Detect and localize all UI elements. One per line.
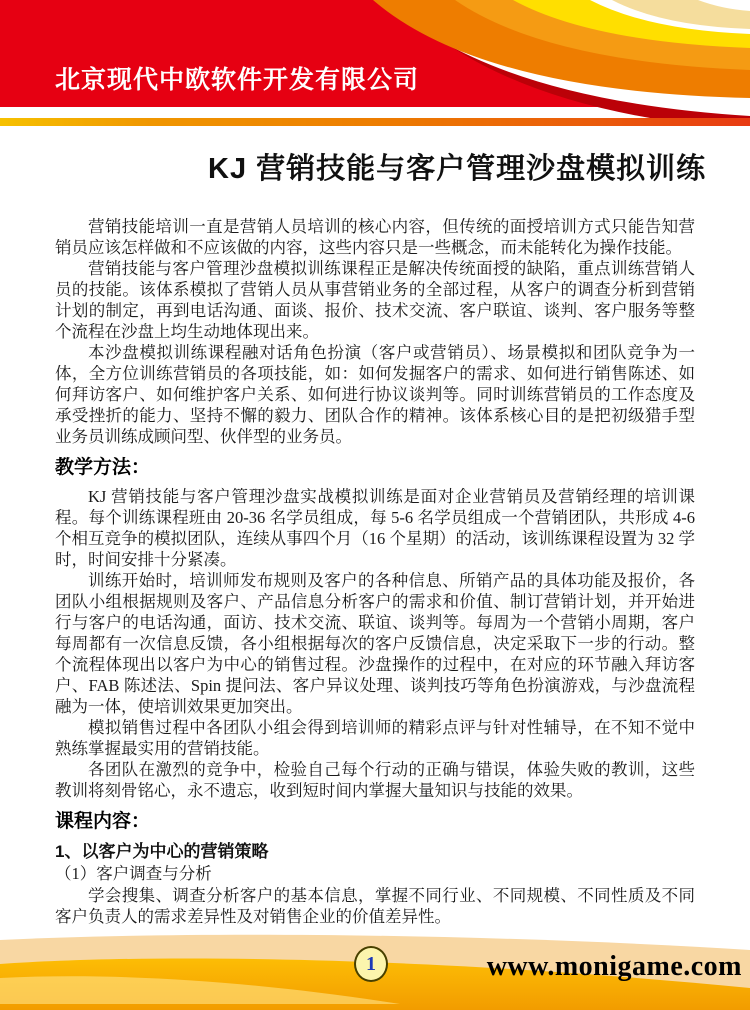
brochure-page: 北京现代中欧软件开发有限公司 KJ 营销技能与客户管理沙盘模拟训练 营销技能培训… (0, 0, 750, 1010)
section-heading-teaching-method: 教学方法： (55, 456, 695, 480)
intro-paragraph-1: 营销技能培训一直是营销人员培训的核心内容，但传统的面授培训方式只能告知营销员应该… (55, 216, 695, 258)
header-accent-bar (0, 118, 750, 126)
intro-paragraph-3: 本沙盘模拟训练课程融对话角色扮演（客户或营销员）、场景模拟和团队竞争为一体，全方… (55, 342, 695, 447)
intro-paragraph-2: 营销技能与客户管理沙盘模拟训练课程正是解决传统面授的缺陷，重点训练营销人员的技能… (55, 258, 695, 342)
course-item-subtitle: （1）客户调查与分析 (55, 863, 695, 885)
website-url: www.monigame.com (487, 951, 742, 983)
course-item-title: 1、以客户为中心的营销策略 (55, 840, 695, 863)
section-heading-course-content: 课程内容： (55, 810, 695, 834)
teaching-method-paragraph-2: 训练开始时，培训师发布规则及客户的各种信息、所销产品的具体功能及报价，各团队小组… (55, 570, 695, 717)
page-number-badge: 1 (354, 946, 388, 982)
page-number: 1 (366, 953, 376, 976)
teaching-method-paragraph-4: 各团队在激烈的竞争中，检验自己每个行动的正确与错误，体验失败的教训，这些教训将刻… (55, 759, 695, 801)
teaching-method-paragraph-3: 模拟销售过程中各团队小组会得到培训师的精彩点评与针对性辅导，在不知不觉中熟练掌握… (55, 717, 695, 759)
teaching-method-paragraph-1: KJ 营销技能与客户管理沙盘实战模拟训练是面对企业营销员及营销经理的培训课程。每… (55, 486, 695, 570)
header-banner: 北京现代中欧软件开发有限公司 (0, 0, 750, 126)
company-name: 北京现代中欧软件开发有限公司 (55, 60, 419, 96)
page-title: KJ 营销技能与客户管理沙盘模拟训练 (208, 146, 706, 187)
content-area: 营销技能培训一直是营销人员培训的核心内容，但传统的面授培训方式只能告知营销员应该… (55, 216, 695, 927)
course-item-description: 学会搜集、调查分析客户的基本信息，掌握不同行业、不同规模、不同性质及不同客户负责… (55, 885, 695, 927)
